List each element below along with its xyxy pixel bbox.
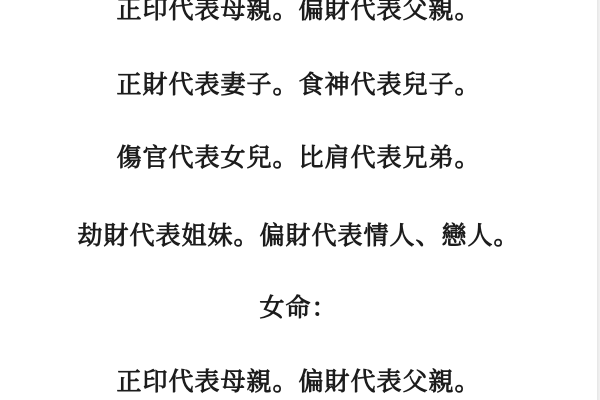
text-line-mother-father: 正印代表母親。偏財代表父親。: [0, 0, 597, 25]
text-line-wife-son: 正財代表妻子。食神代表兒子。: [0, 70, 597, 100]
text-line-sister-lover: 劫財代表姐妹。偏財代表情人、戀人。: [0, 221, 597, 251]
text-line-daughter-brother: 傷官代表女兒。比肩代表兄弟。: [0, 143, 597, 173]
section-heading-female-chart: 女命：: [0, 293, 597, 323]
text-line-mother-father-female: 正印代表母親。偏財代表父親。: [0, 367, 597, 397]
document-page: 正印代表母親。偏財代表父親。 正財代表妻子。食神代表兒子。 傷官代表女兒。比肩代…: [0, 0, 597, 400]
